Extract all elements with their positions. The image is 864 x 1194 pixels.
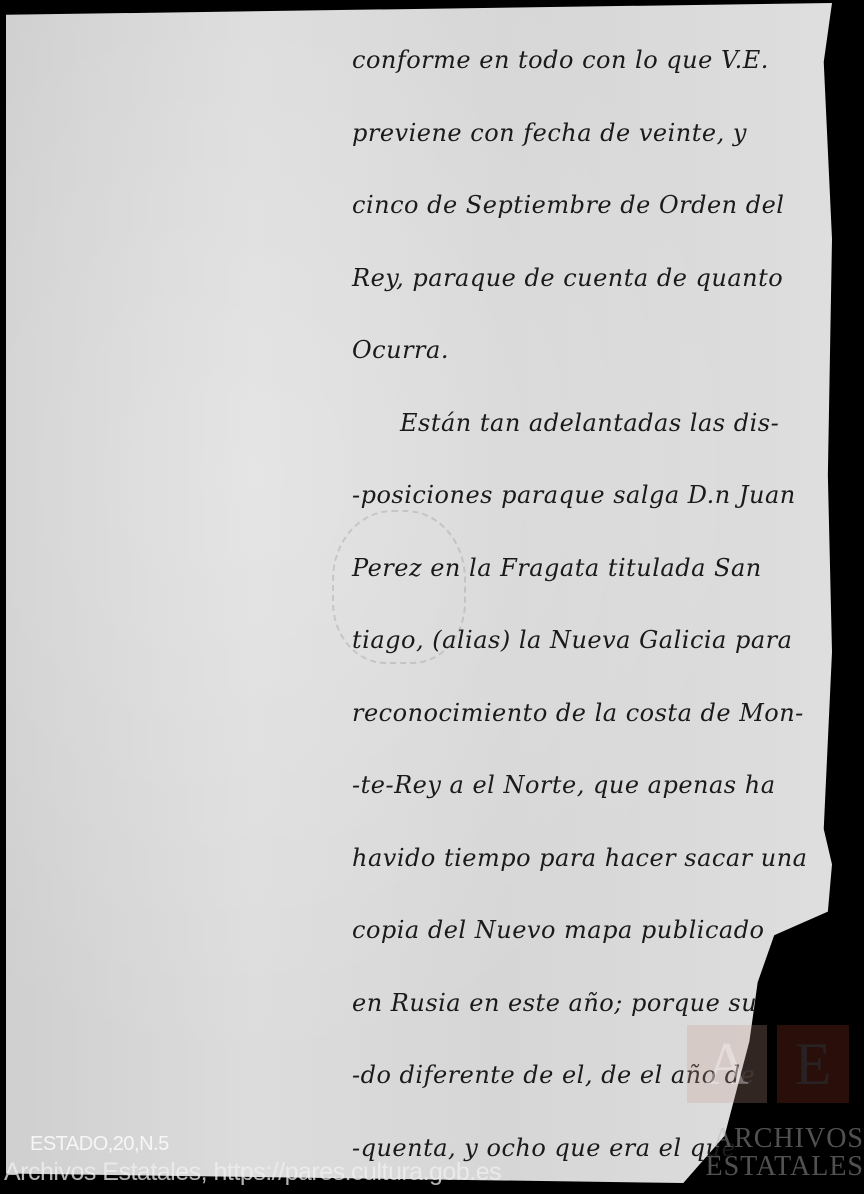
text-line: havido tiempo para hacer sacar una [352,828,832,901]
document-reference: ESTADO,20,N.5 [30,1133,169,1156]
text-line: Rey, paraque de cuenta de quanto [352,248,832,321]
text-line: cinco de Septiembre de Orden del [352,175,832,248]
text-line: Están tan adelantadas las dis- [352,393,832,466]
text-line: -te-Rey a el Norte, que apenas ha [352,755,832,828]
logo-text-line2: ESTATALES [677,1151,864,1183]
text-line: tiago, (alias) la Nueva Galicia para [352,610,832,683]
source-credit: Archivos Estatales, https://pares.cultur… [4,1158,501,1187]
archivos-estatales-logo: A E ARCHIVOS ESTATALES [677,1005,864,1190]
bleed-through-text [200,150,205,168]
text-line: copia del Nuevo mapa publicado [352,900,832,973]
text-line: -posiciones paraque salga D.n Juan [352,465,832,538]
text-line: Ocurra. [352,320,832,393]
logo-letter-e: E [777,1025,849,1103]
logo-letter-a: A [687,1025,767,1103]
text-line: Perez en la Fragata titulada San [352,538,832,611]
text-line: conforme en todo con lo que V.E. [352,30,832,103]
text-line: previene con fecha de veinte, y [352,103,832,176]
text-line: reconocimiento de la costa de Mon- [352,683,832,756]
